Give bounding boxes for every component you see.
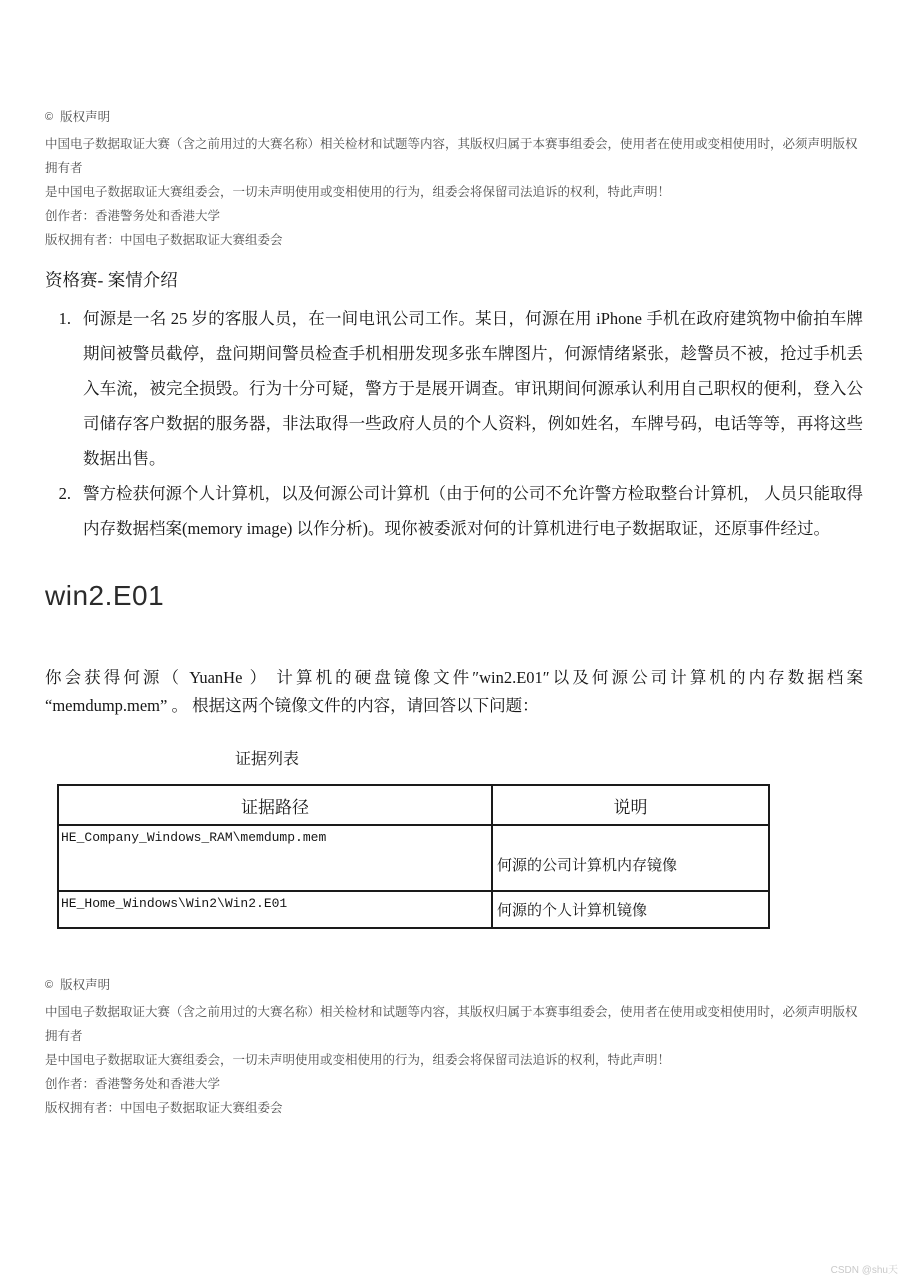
copyright-creator-line: 创作者：香港警务处和香港大学 (45, 204, 863, 228)
image-section-intro: 你会获得何源（ YuanHe ） 计算机的硬盘镜像文件″win2.E01″以及何… (45, 664, 863, 720)
copyright-title: 版权声明 (60, 973, 110, 997)
copyright-owner-line: 版权拥有者：中国电子数据取证大赛组委会 (45, 1096, 863, 1120)
copyright-title-row: © 版权声明 (45, 973, 863, 997)
list-item: 1. 何源是一名 25 岁的客服人员，在一间电讯公司工作。某日，何源在用 iPh… (45, 301, 863, 476)
evidence-description: 何源的个人计算机镜像 (492, 891, 769, 928)
evidence-path: HE_Home_Windows\Win2\Win2.E01 (58, 891, 492, 928)
copyright-owner-line: 版权拥有者：中国电子数据取证大赛组委会 (45, 228, 863, 252)
copyright-body-line: 是中国电子数据取证大赛组委会，一切未声明使用或变相使用的行为，组委会将保留司法追… (45, 180, 863, 204)
column-header-description: 说明 (492, 785, 769, 825)
list-item: 2. 警方检获何源个人计算机，以及何源公司计算机（由于何的公司不允许警方检取整台… (45, 476, 863, 546)
copyright-icon: © (45, 112, 53, 123)
copyright-creator-line: 创作者：香港警务处和香港大学 (45, 1072, 863, 1096)
document-page: © 版权声明 中国电子数据取证大赛（含之前用过的大赛名称）相关检材和试题等内容，… (0, 0, 905, 1120)
copyright-body-line: 是中国电子数据取证大赛组委会，一切未声明使用或变相使用的行为，组委会将保留司法追… (45, 1048, 863, 1072)
image-file-heading: win2.E01 (45, 580, 863, 612)
csdn-watermark: CSDN @shu天 (831, 1261, 898, 1276)
copyright-body-line: 中国电子数据取证大赛（含之前用过的大赛名称）相关检材和试题等内容，其版权归属于本… (45, 132, 863, 180)
list-item-text: 警方检获何源个人计算机，以及何源公司计算机（由于何的公司不允许警方检取整台计算机… (83, 476, 863, 546)
copyright-title-row: © 版权声明 (45, 105, 863, 129)
copyright-notice-bottom: © 版权声明 中国电子数据取证大赛（含之前用过的大赛名称）相关检材和试题等内容，… (45, 973, 863, 1120)
evidence-table-caption: 证据列表 (235, 746, 863, 769)
list-item-text: 何源是一名 25 岁的客服人员，在一间电讯公司工作。某日，何源在用 iPhone… (83, 301, 863, 476)
column-header-path: 证据路径 (58, 785, 492, 825)
list-item-number: 2. (45, 476, 83, 546)
table-header-row: 证据路径 说明 (58, 785, 769, 825)
copyright-notice-top: © 版权声明 中国电子数据取证大赛（含之前用过的大赛名称）相关检材和试题等内容，… (45, 0, 863, 252)
table-row: HE_Company_Windows_RAM\memdump.mem 何源的公司… (58, 825, 769, 891)
copyright-icon: © (45, 980, 53, 991)
list-item-number: 1. (45, 301, 83, 476)
evidence-path: HE_Company_Windows_RAM\memdump.mem (58, 825, 492, 891)
copyright-title: 版权声明 (60, 105, 110, 129)
case-intro-list: 1. 何源是一名 25 岁的客服人员，在一间电讯公司工作。某日，何源在用 iPh… (45, 301, 863, 546)
evidence-description: 何源的公司计算机内存镜像 (492, 825, 769, 891)
table-row: HE_Home_Windows\Win2\Win2.E01 何源的个人计算机镜像 (58, 891, 769, 928)
case-intro-heading: 资格赛- 案情介绍 (45, 267, 863, 292)
evidence-table: 证据路径 说明 HE_Company_Windows_RAM\memdump.m… (57, 784, 770, 929)
copyright-body-line: 中国电子数据取证大赛（含之前用过的大赛名称）相关检材和试题等内容，其版权归属于本… (45, 1000, 863, 1048)
